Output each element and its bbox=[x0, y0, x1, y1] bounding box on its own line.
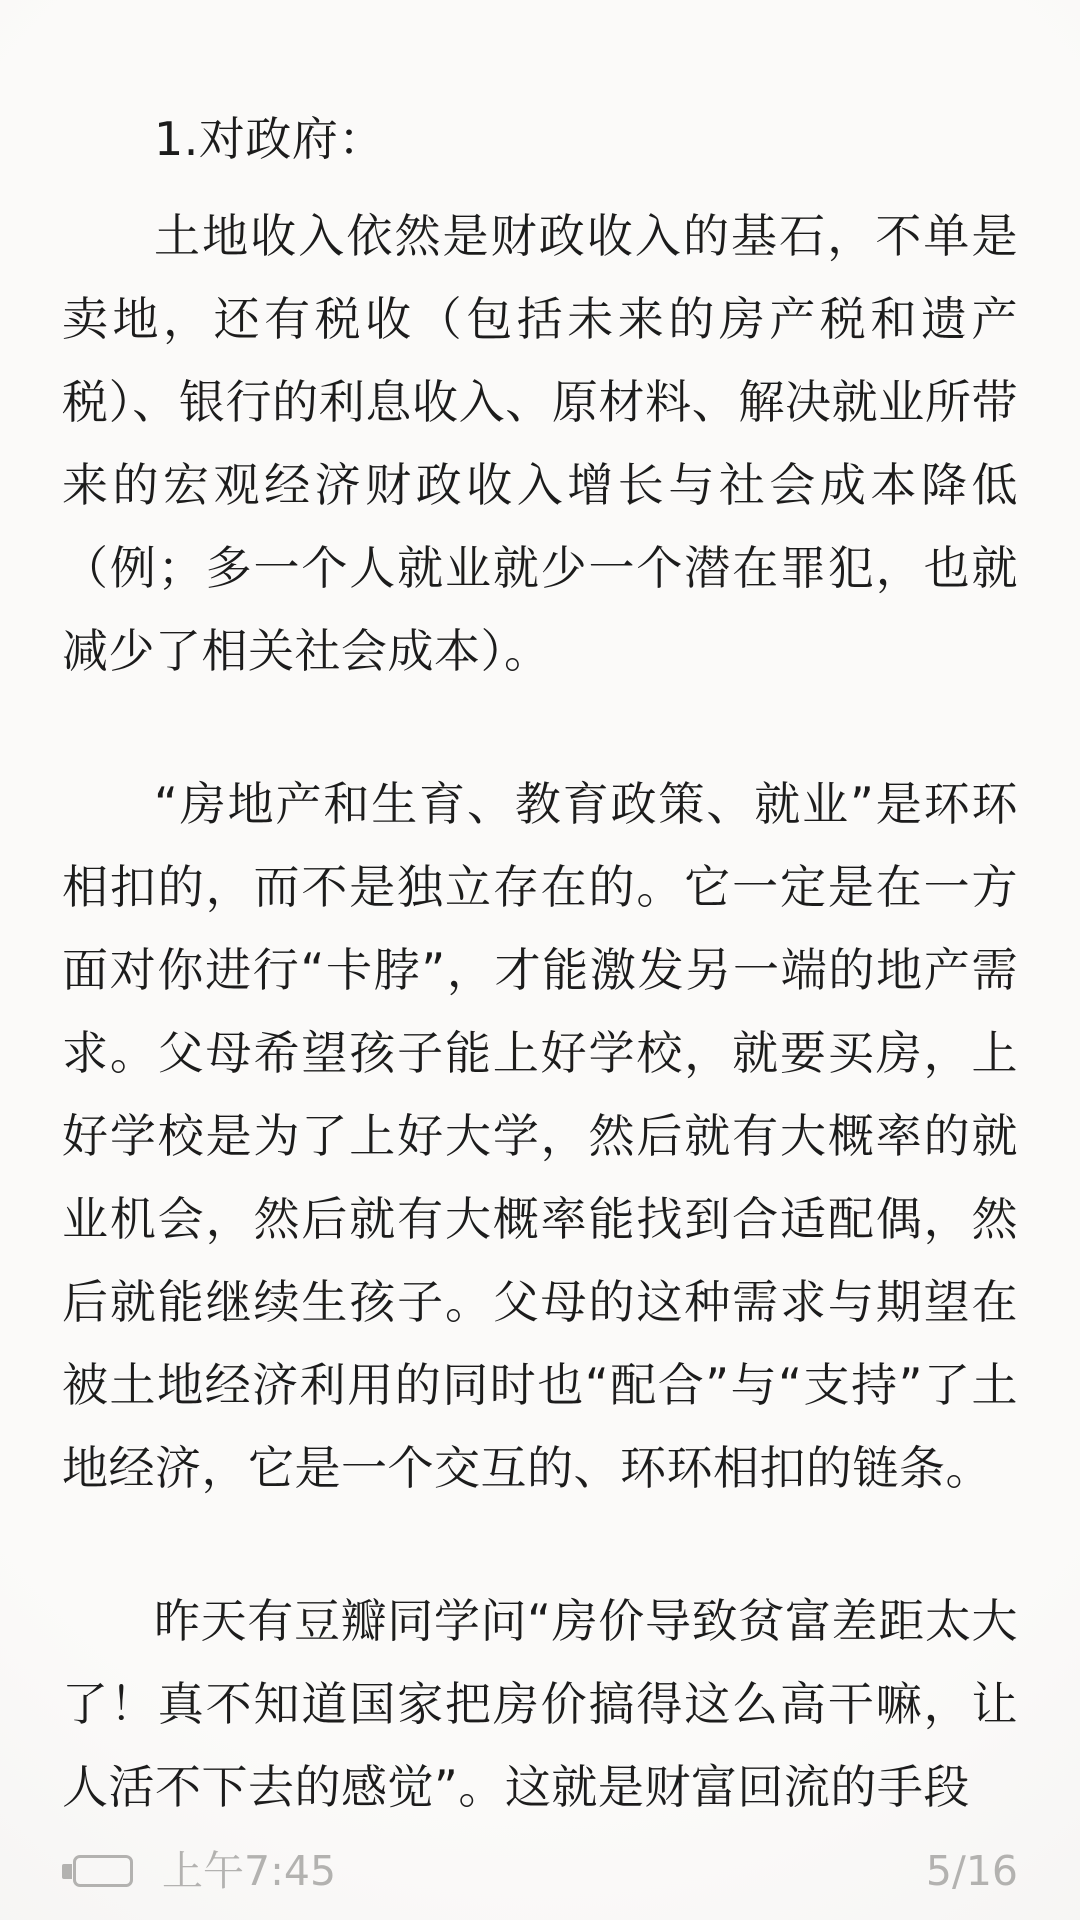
reading-content: 1.对政府： 土地收入依然是财政收入的基石，不单是卖地，还有税收（包括未来的房产… bbox=[62, 98, 1018, 1829]
body-paragraph: 土地收入依然是财政收入的基石，不单是卖地，还有税收（包括未来的房产税和遗产税）、… bbox=[62, 195, 1018, 693]
battery-nub bbox=[62, 1864, 72, 1879]
battery-empty-icon bbox=[62, 1854, 134, 1888]
reader-page[interactable]: 1.对政府： 土地收入依然是财政收入的基石，不单是卖地，还有税收（包括未来的房产… bbox=[0, 0, 1080, 1920]
body-paragraph: “房地产和生育、教育政策、就业”是环环相扣的，而不是独立存在的。它一定是在一方面… bbox=[62, 763, 1018, 1510]
section-heading: 1.对政府： bbox=[62, 98, 1018, 181]
body-paragraph: 昨天有豆瓣同学问“房价导致贫富差距太大了！真不知道国家把房价搞得这么高干嘛，让人… bbox=[62, 1580, 1018, 1829]
status-bar: 上午7:45 5/16 bbox=[62, 1846, 1018, 1896]
status-left-group: 上午7:45 bbox=[62, 1846, 336, 1896]
battery-body bbox=[73, 1855, 133, 1887]
page-indicator: 5/16 bbox=[926, 1846, 1018, 1896]
status-time: 上午7:45 bbox=[162, 1846, 336, 1896]
